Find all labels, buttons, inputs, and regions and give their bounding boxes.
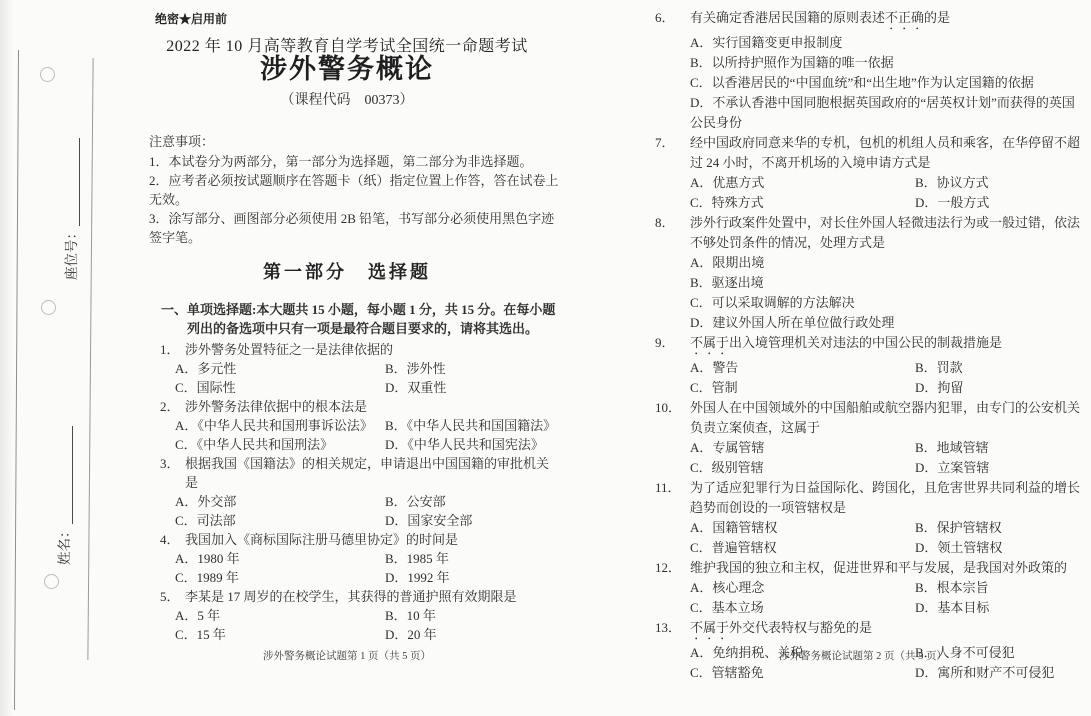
question-number: 4． — [160, 530, 185, 549]
question-number: 2． — [160, 397, 185, 416]
question-stem: 1．涉外警务处置特征之一是法律依据的 — [160, 340, 559, 359]
option: A．警告 — [690, 358, 915, 378]
note-line: 1．本试卷分为两部分，第一部分为选择题，第二部分为非选择题。 — [149, 152, 559, 171]
questions-6-13: 6．有关确定香港居民国籍的原则表述不正确的是A．实行国籍变更申报制度B．以所持护… — [645, 8, 1081, 683]
option: A．《中华人民共和国刑事诉讼法》 — [175, 416, 385, 435]
option: C．基本立场 — [690, 598, 915, 618]
question-stem: 4．我国加入《商标国际注册马德里协定》的时间是 — [160, 530, 559, 549]
question-stem: 12．维护我国的独立和主权，促进世界和平与发展，是我国对外政策的 — [655, 558, 1081, 578]
question-number: 6． — [655, 8, 690, 28]
option: A．专属管辖 — [690, 438, 915, 458]
options: A．限期出境B．驱逐出境C．可以采取调解的方法解决D．建议外国人所在单位做行政处… — [655, 253, 1081, 333]
name-field: 姓名： — [57, 415, 73, 565]
question: 12．维护我国的独立和主权，促进世界和平与发展，是我国对外政策的A．核心理念B．… — [645, 558, 1081, 618]
punch-hole — [41, 300, 56, 315]
question-number: 3． — [160, 454, 185, 473]
emphasized-text: 不属于 — [690, 620, 729, 635]
options: A．多元性B．涉外性C．国际性D．双重性 — [160, 359, 559, 397]
exam-paper-scan: { "page": { "classification": "绝密★启用前", … — [0, 0, 1091, 716]
page-1-footer: 涉外警务概论试题第 1 页（共 5 页） — [135, 648, 559, 663]
option: B．根本宗旨 — [915, 578, 1081, 598]
option: D．立案管辖 — [915, 458, 1081, 478]
question-stem: 9．不属于出入境管理机关对违法的中国公民的制裁措施是 — [655, 333, 1081, 358]
part-1-title: 第一部分 选择题 — [135, 263, 559, 282]
page-2-footer: 涉外警务概论试题第 2 页（共 5 页） — [645, 648, 1081, 663]
option: D．双重性 — [385, 378, 559, 397]
subject-title: 涉外警务概论 — [135, 60, 559, 79]
course-code: （课程代码 00373） — [135, 91, 559, 110]
question: 2．涉外警务法律依据中的根本法是A．《中华人民共和国刑事诉讼法》B．《中华人民共… — [135, 397, 559, 454]
question-stem: 2．涉外警务法律依据中的根本法是 — [160, 397, 559, 416]
question-number: 12． — [655, 558, 690, 578]
options: A．核心理念B．根本宗旨C．基本立场D．基本目标 — [655, 578, 1081, 618]
question: 3．根据我国《国籍法》的相关规定，申请退出中国国籍的审批机关是A．外交部B．公安… — [135, 454, 559, 530]
option: C．1989 年 — [175, 568, 385, 587]
option: C．管辖豁免 — [690, 663, 915, 683]
option: D．一般方式 — [915, 193, 1081, 213]
option: A．外交部 — [175, 492, 385, 511]
margin-rule-inner — [87, 58, 93, 660]
option: C．《中华人民共和国刑法》 — [175, 435, 385, 454]
question-stem: 10．外国人在中国领域外的中国船舶或航空器内犯罪，由专门的公安机关负责立案侦查，… — [655, 398, 1081, 438]
option: B．罚款 — [915, 358, 1081, 378]
question-stem: 13．不属于外交代表特权与豁免的是 — [655, 618, 1081, 643]
notes-title: 注意事项： — [149, 132, 559, 151]
question: 9．不属于出入境管理机关对违法的中国公民的制裁措施是A．警告B．罚款C．管制D．… — [645, 333, 1081, 398]
question: 8．涉外行政案件处置中，对长住外国人轻微违法行为或一般过错，依法不够处罚条件的情… — [645, 213, 1081, 333]
margin-rule-outer — [14, 50, 19, 710]
question-number: 7． — [655, 133, 690, 153]
options: A．专属管辖B．地域管辖C．级别管辖D．立案管辖 — [655, 438, 1081, 478]
question-number: 10． — [655, 398, 690, 418]
option: C．国际性 — [175, 378, 385, 397]
question: 11．为了适应犯罪行为日益国际化、跨国化，且危害世界共同利益的增长趋势而创设的一… — [645, 478, 1081, 558]
questions-1-5: 1．涉外警务处置特征之一是法律依据的A．多元性B．涉外性C．国际性D．双重性2．… — [135, 340, 559, 644]
options: A．5 年B．10 年C．15 年D．20 年 — [160, 606, 559, 644]
options: A．优惠方式B．协议方式C．特殊方式D．一般方式 — [655, 173, 1081, 213]
option: C．司法部 — [175, 511, 385, 530]
option: C．可以采取调解的方法解决 — [690, 293, 1081, 313]
option: C．以香港居民的“中国血统”和“出生地”作为认定国籍的依据 — [690, 73, 1081, 93]
note-line: 3．涂写部分、画图部分必须使用 2B 铅笔，书写部分必须使用黑色字迹签字笔。 — [149, 209, 559, 247]
option: D．拘留 — [915, 378, 1081, 398]
page-1-column: 绝密★启用前 2022 年 10 月高等教育自学考试全国统一命题考试 涉外警务概… — [135, 8, 559, 644]
question: 4．我国加入《商标国际注册马德里协定》的时间是A．1980 年B．1985 年C… — [135, 530, 559, 587]
question-number: 11． — [655, 478, 690, 498]
option: D．1992 年 — [385, 568, 559, 587]
option: B．1985 年 — [385, 549, 559, 568]
emphasized-text: 不正确 — [885, 10, 924, 25]
option: A．限期出境 — [690, 253, 1081, 273]
option: D．国家安全部 — [385, 511, 559, 530]
option: A．实行国籍变更申报制度 — [690, 33, 1081, 53]
seat-number-label: 座位号： — [60, 226, 80, 280]
question-number: 13． — [655, 618, 690, 638]
option: B．公安部 — [385, 492, 559, 511]
question-number: 1． — [160, 340, 185, 359]
option: C．普遍管辖权 — [690, 538, 915, 558]
page-2-column: 6．有关确定香港居民国籍的原则表述不正确的是A．实行国籍变更申报制度B．以所持护… — [645, 8, 1081, 683]
option: D．不承认香港中国同胞根据英国政府的“居英权计划”而获得的英国公民身份 — [690, 93, 1081, 133]
emphasized-text: 不属于 — [690, 335, 729, 350]
seat-number-field: 座位号： — [64, 120, 80, 280]
option: A．1980 年 — [175, 549, 385, 568]
option: B．以所持护照作为国籍的唯一依据 — [690, 53, 1081, 73]
question-number: 5． — [160, 587, 185, 606]
option: B．保护管辖权 — [915, 518, 1081, 538]
question: 1．涉外警务处置特征之一是法律依据的A．多元性B．涉外性C．国际性D．双重性 — [135, 340, 559, 397]
seat-number-blank — [67, 138, 80, 226]
name-blank — [60, 427, 73, 525]
option: A．国籍管辖权 — [690, 518, 915, 538]
question-number: 8． — [655, 213, 690, 233]
option: A．核心理念 — [690, 578, 915, 598]
option: B．地域管辖 — [915, 438, 1081, 458]
option: C．级别管辖 — [690, 458, 915, 478]
option: D．《中华人民共和国宪法》 — [385, 435, 559, 454]
option: B．涉外性 — [385, 359, 559, 378]
options: A．国籍管辖权B．保护管辖权C．普遍管辖权D．领土管辖权 — [655, 518, 1081, 558]
question: 5．李某是 17 周岁的在校学生，其获得的普通护照有效期限是A．5 年B．10 … — [135, 587, 559, 644]
option: D．建议外国人所在单位做行政处理 — [690, 313, 1081, 333]
question-stem: 8．涉外行政案件处置中，对长住外国人轻微违法行为或一般过错，依法不够处罚条件的情… — [655, 213, 1081, 253]
options: A．《中华人民共和国刑事诉讼法》B．《中华人民共和国国籍法》C．《中华人民共和国… — [160, 416, 559, 454]
punch-hole — [44, 574, 59, 589]
question-stem: 3．根据我国《国籍法》的相关规定，申请退出中国国籍的审批机关是 — [160, 454, 559, 492]
options: A．1980 年B．1985 年C．1989 年D．1992 年 — [160, 549, 559, 587]
question-number: 9． — [655, 333, 690, 353]
option: D．20 年 — [385, 625, 559, 644]
option: B．驱逐出境 — [690, 273, 1081, 293]
option: B．10 年 — [385, 606, 559, 625]
option: A．多元性 — [175, 359, 385, 378]
option: B．协议方式 — [915, 173, 1081, 193]
question-stem: 7．经中国政府同意来华的专机，包机的机组人员和乘客，在华停留不超过 24 小时，… — [655, 133, 1081, 173]
option: C．特殊方式 — [690, 193, 915, 213]
question: 10．外国人在中国领域外的中国船舶或航空器内犯罪，由专门的公安机关负责立案侦查，… — [645, 398, 1081, 478]
options: A．外交部B．公安部C．司法部D．国家安全部 — [160, 492, 559, 530]
option: A．优惠方式 — [690, 173, 915, 193]
question: 7．经中国政府同意来华的专机，包机的机组人员和乘客，在华停留不超过 24 小时，… — [645, 133, 1081, 213]
option: C．15 年 — [175, 625, 385, 644]
option: D．领土管辖权 — [915, 538, 1081, 558]
scan-edge-shadow — [0, 0, 14, 716]
question: 6．有关确定香港居民国籍的原则表述不正确的是A．实行国籍变更申报制度B．以所持护… — [645, 8, 1081, 133]
option: D．基本目标 — [915, 598, 1081, 618]
name-label: 姓名： — [53, 525, 73, 566]
options: A．实行国籍变更申报制度B．以所持护照作为国籍的唯一依据C．以香港居民的“中国血… — [655, 33, 1081, 133]
question-stem: 6．有关确定香港居民国籍的原则表述不正确的是 — [655, 8, 1081, 33]
question-stem: 5．李某是 17 周岁的在校学生，其获得的普通护照有效期限是 — [160, 587, 559, 606]
option: C．管制 — [690, 378, 915, 398]
section-1-instructions: 一、单项选择题:本大题共 15 小题，每小题 1 分，共 15 分。在每小题列出… — [147, 300, 559, 338]
option: D．寓所和财产不可侵犯 — [915, 663, 1081, 683]
classification-banner: 绝密★启用前 — [135, 10, 559, 29]
option: B．《中华人民共和国国籍法》 — [385, 416, 559, 435]
options: A．警告B．罚款C．管制D．拘留 — [655, 358, 1081, 398]
note-line: 2．应考者必须按试题顺序在答题卡（纸）指定位置上作答，答在试卷上无效。 — [149, 171, 559, 209]
option: A．5 年 — [175, 606, 385, 625]
punch-hole — [40, 67, 55, 82]
question-stem: 11．为了适应犯罪行为日益国际化、跨国化，且危害世界共同利益的增长趋势而创设的一… — [655, 478, 1081, 518]
